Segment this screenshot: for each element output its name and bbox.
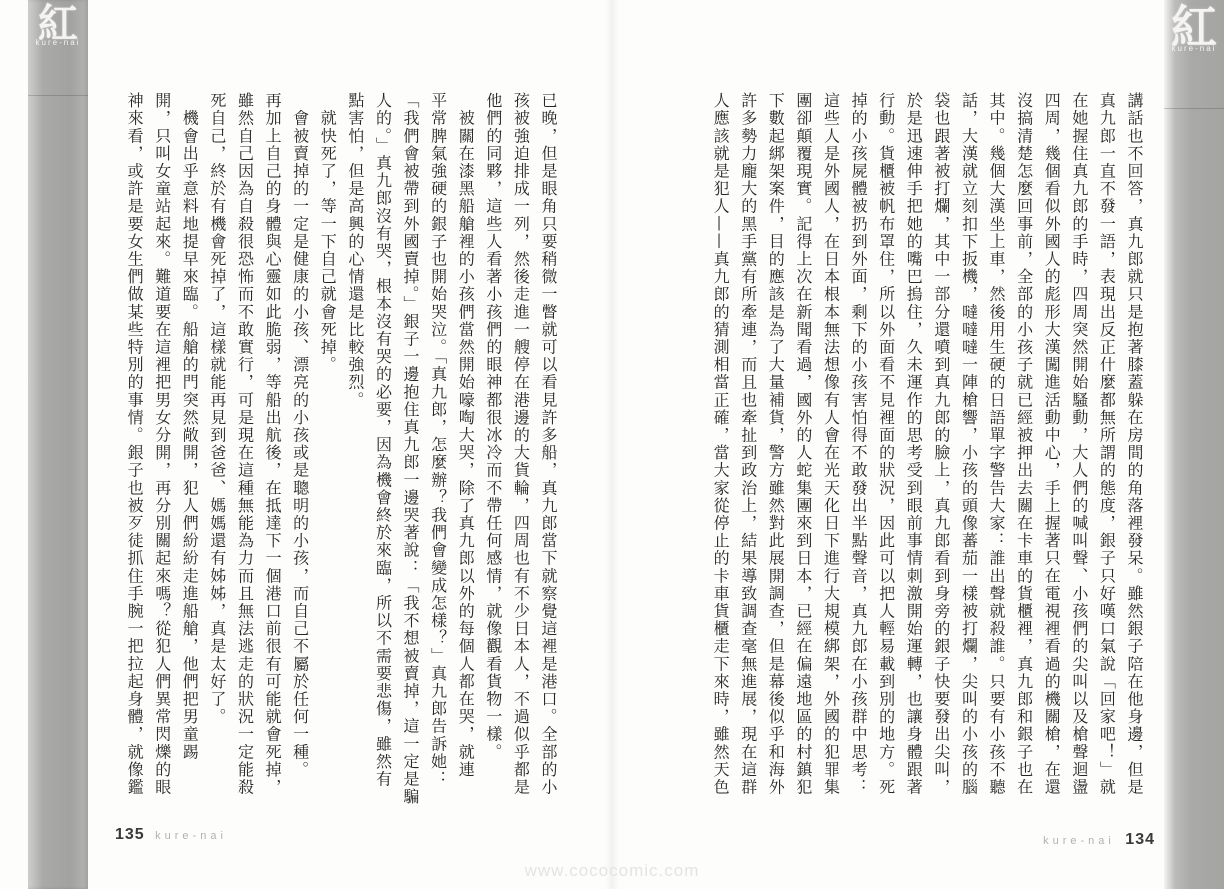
text-column: 神來看，或許是要女生們做某些特別的事情。銀子也被歹徒抓住手腕一把拉起身體，就像鑑 <box>121 92 149 808</box>
footer-series-label: kure-nai <box>1043 835 1115 847</box>
text-column: 講話也不回答，真九郎就只是抱著膝蓋躲在房間的角落裡發呆。雖然銀子陪在他身邊，但是 <box>1120 92 1148 808</box>
right-page-footer: kure-nai 134 <box>1037 831 1155 849</box>
right-page: 講話也不回答，真九郎就只是抱著膝蓋躲在房間的角落裡發呆。雖然銀子陪在他身邊，但是… <box>612 0 1224 889</box>
text-column: 被關在漆黑船艙裡的小孩們當然開始嚎啕大哭，除了真九郎以外的每個人都在哭，就連 <box>452 92 480 808</box>
text-column: 四周，幾個看似外國人的彪形大漢闖進活動中心，手上握著只在電視裡看過的機關槍，在還 <box>1038 92 1066 808</box>
left-page-text: 已晚，但是眼角只要稍微一瞥就可以看見許多船，真九郎當下就察覺這裡是港口。全部的小… <box>121 92 563 808</box>
right-page-text: 講話也不回答，真九郎就只是抱著膝蓋躲在房間的角落裡發呆。雖然銀子陪在他身邊，但是… <box>707 92 1149 808</box>
left-page: 已晚，但是眼角只要稍微一瞥就可以看見許多船，真九郎當下就察覺這裡是港口。全部的小… <box>0 0 612 889</box>
book-spread: 紅 kure-nai 紅 kure-nai 講話也不回答，真九郎就只是抱著膝蓋躲… <box>0 0 1224 889</box>
watermark-url: www.cococomic.com <box>0 861 1224 881</box>
text-column: 其中。幾個大漢坐上車，然後用生硬的日語單字警告大家：誰出聲就殺誰。只要有小孩不聽 <box>982 92 1010 808</box>
text-column: 「我們會被帶到外國賣掉。」銀子一邊抱住真九郎一邊哭著說：「我不想被賣掉，這一定是… <box>396 92 424 808</box>
text-column: 就快死了，等一下自己就會死掉。 <box>314 92 342 808</box>
left-page-footer: 135 kure-nai <box>115 826 233 844</box>
text-column: 這些人是外國人，在日本根本無法想像有人會在光天化日下進行大規模綁架，外國的犯罪集 <box>817 92 845 808</box>
text-column: 開，只叫女童站起來。難道要在這裡把男女分開，再分別關起來嗎？從犯人們異常閃爍的眼 <box>148 92 176 808</box>
text-column: 再加上自己的身體與心靈如此脆弱，等船出航後，在抵達下一個港口前很有可能就會死掉， <box>258 92 286 808</box>
text-column: 下數起綁架案件，目的應該是為了大量補貨，警方雖然對此展開調查，但是幕後似乎和海外 <box>762 92 790 808</box>
text-column: 掉的小孩屍體被扔到外面，剩下的小孩害怕得不敢發出半點聲音，真九郎在小孩群中思考： <box>844 92 872 808</box>
text-column: 人的。」真九郎沒有哭，根本沒有哭的必要，因為機會終於來臨，所以不需要悲傷，雖然有 <box>369 92 397 808</box>
text-column: 行動。貨櫃被帆布罩住，所以外面看不見裡面的狀況，因此可以把人輕易載到別的地方。死 <box>872 92 900 808</box>
text-column: 機會出乎意料地提早來臨。船艙的門突然敞開，犯人們紛紛走進船艙，他們把男童踢 <box>176 92 204 808</box>
footer-series-label: kure-nai <box>155 830 227 842</box>
text-column: 會被賣掉的一定是健康的小孩、漂亮的小孩或是聰明的小孩，而自己不屬於任何一種。 <box>286 92 314 808</box>
text-column: 於是迅速伸手把她的嘴巴摀住，久未運作的思考受到眼前事情刺激開始運轉，也讓身體跟著 <box>900 92 928 808</box>
text-column: 在她握住真九郎的手時，四周突然開始騷動，大人們的喊叫聲、小孩們的尖叫以及槍聲迴盪 <box>1065 92 1093 808</box>
text-column: 已晚，但是眼角只要稍微一瞥就可以看見許多船，真九郎當下就察覺這裡是港口。全部的小 <box>534 92 562 808</box>
text-column: 人應該就是犯人——真九郎的猜測相當正確，當大家從停止的卡車貨櫃走下來時，雖然天色 <box>707 92 735 808</box>
text-column: 孩被強迫排成一列，然後走進一艘停在港邊的大貨輪，四周也有不少日本人，不過似乎都是 <box>507 92 535 808</box>
text-column: 話，大漢就立刻扣下扳機，噠噠噠一陣槍響，小孩的頭像蕃茄一樣被打爛，尖叫的小孩的腦 <box>955 92 983 808</box>
text-column: 他們的同夥，這些人看著小孩們的眼神都很冰冷而不帶任何感情，就像觀看貨物一樣。 <box>479 92 507 808</box>
text-column: 點害怕，但是高興的心情還是比較強烈。 <box>341 92 369 808</box>
page-number: 134 <box>1125 831 1155 848</box>
text-column: 沒搞清楚怎麼回事前，全部的小孩子就已經被押出去關在卡車的貨櫃裡，真九郎和銀子也在 <box>1010 92 1038 808</box>
text-column: 袋也跟著被打爛，其中一部分還噴到真九郎的臉上，真九郎看到身旁的銀子快要發出尖叫， <box>927 92 955 808</box>
text-column: 雖然自己因為自殺很恐怖而不敢實行，可是現在這種無能為力而且無法逃走的狀況一定能殺 <box>231 92 259 808</box>
text-column: 真九郎一直不發一語，表現出反正什麼都無所謂的態度，銀子只好嘆口氣說「回家吧！」就 <box>1093 92 1121 808</box>
text-column: 團卻顛覆現實。記得上次在新聞看過，國外的人蛇集團來到日本，已經在偏遠地區的村鎮犯 <box>789 92 817 808</box>
page-number: 135 <box>115 826 145 843</box>
text-column: 許多勢力龐大的黑手黨有所牽連，而且也牽扯到政治上，結果導致調查毫無進展，現在這群 <box>734 92 762 808</box>
text-column: 平常脾氣強硬的銀子也開始哭泣。「真九郎，怎麼辦？我們會變成怎樣？」真九郎告訴她： <box>424 92 452 808</box>
text-column: 死自己，終於有機會死掉了，這樣就能再見到爸爸、媽媽還有姊姊，真是太好了。 <box>203 92 231 808</box>
